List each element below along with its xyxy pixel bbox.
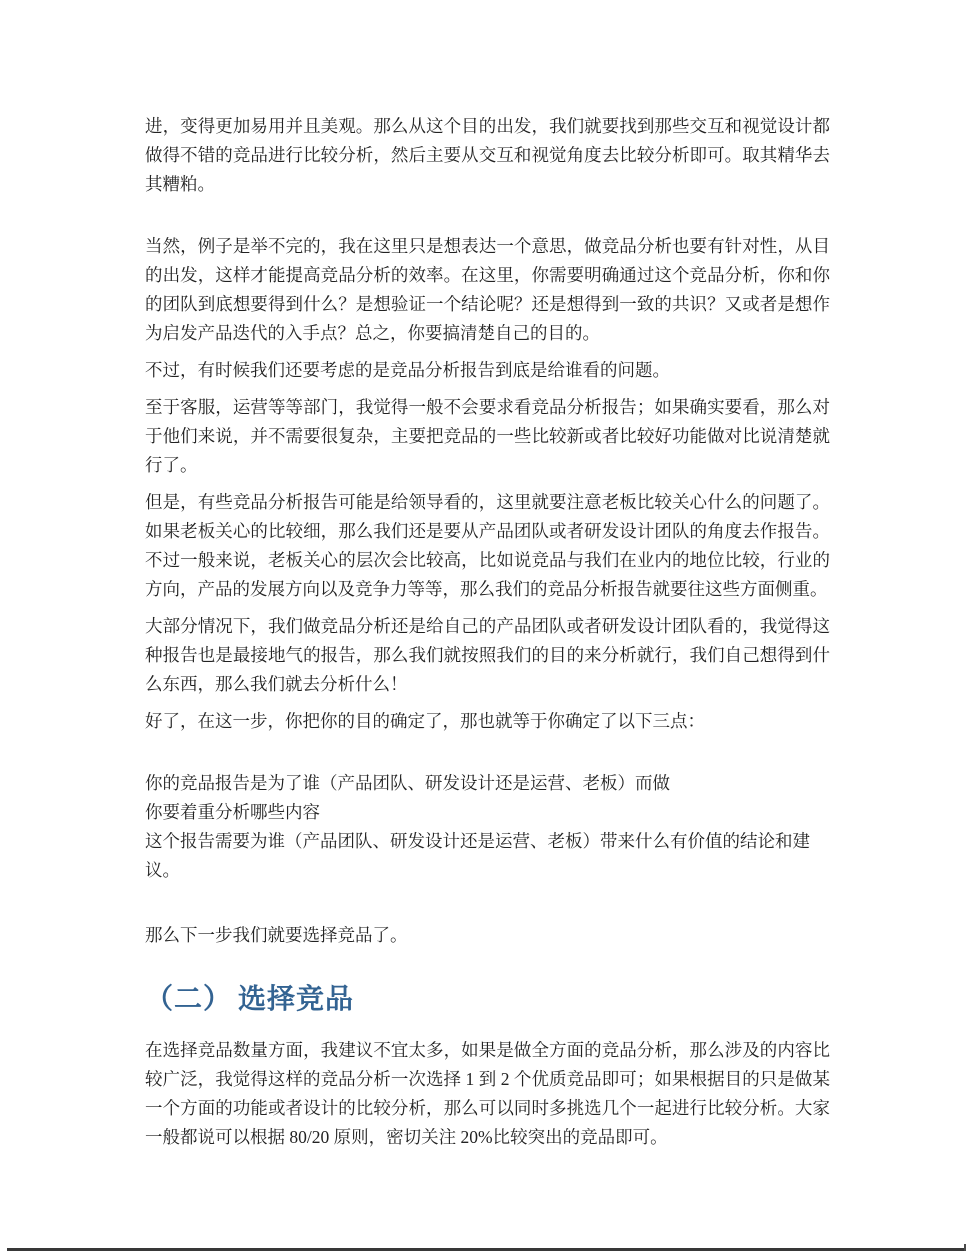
list-item: 这个报告需要为谁（产品团队、研发设计还是运营、老板）带来什么有价值的结论和建议。 xyxy=(145,827,830,885)
paragraph-purpose: 当然，例子是举不完的，我在这里只是想表达一个意思，做竞品分析也要有针对性，从目的… xyxy=(145,232,830,348)
paragraph-three-points-lead: 好了，在这一步，你把你的目的确定了，那也就等于你确定了以下三点： xyxy=(145,707,830,736)
heading-number: （二） xyxy=(145,982,232,1015)
paragraph-leadership: 但是，有些竞品分析报告可能是给领导看的，这里就要注意老板比较关心什么的问题了。如… xyxy=(145,488,830,604)
paragraph-transition: 那么下一步我们就要选择竞品了。 xyxy=(145,921,830,950)
paragraph-support-ops: 至于客服，运营等等部门，我觉得一般不会要求看竞品分析报告；如果确实要看，那么对于… xyxy=(145,393,830,480)
paragraph-select-competitors: 在选择竞品数量方面，我建议不宜太多，如果是做全方面的竞品分析，那么涉及的内容比较… xyxy=(145,1036,830,1152)
document-body: 进，变得更加易用并且美观。那么从这个目的出发，我们就要找到那些交互和视觉设计都做… xyxy=(145,112,830,1160)
list-item: 你的竞品报告是为了谁（产品团队、研发设计还是运营、老板）而做 xyxy=(145,769,830,798)
paragraph-intro-continuation: 进，变得更加易用并且美观。那么从这个目的出发，我们就要找到那些交互和视觉设计都做… xyxy=(145,112,830,199)
paragraph-audience-question: 不过，有时候我们还要考虑的是竞品分析报告到底是给谁看的问题。 xyxy=(145,356,830,385)
heading-title: 选择竞品 xyxy=(238,982,354,1015)
bottom-border xyxy=(7,1248,966,1251)
section-heading: （二）选择竞品 xyxy=(145,980,830,1018)
paragraph-own-team: 大部分情况下，我们做竞品分析还是给自己的产品团队或者研发设计团队看的，我觉得这种… xyxy=(145,612,830,699)
list-item: 你要着重分析哪些内容 xyxy=(145,798,830,827)
key-points-list: 你的竞品报告是为了谁（产品团队、研发设计还是运营、老板）而做 你要着重分析哪些内… xyxy=(145,769,830,885)
